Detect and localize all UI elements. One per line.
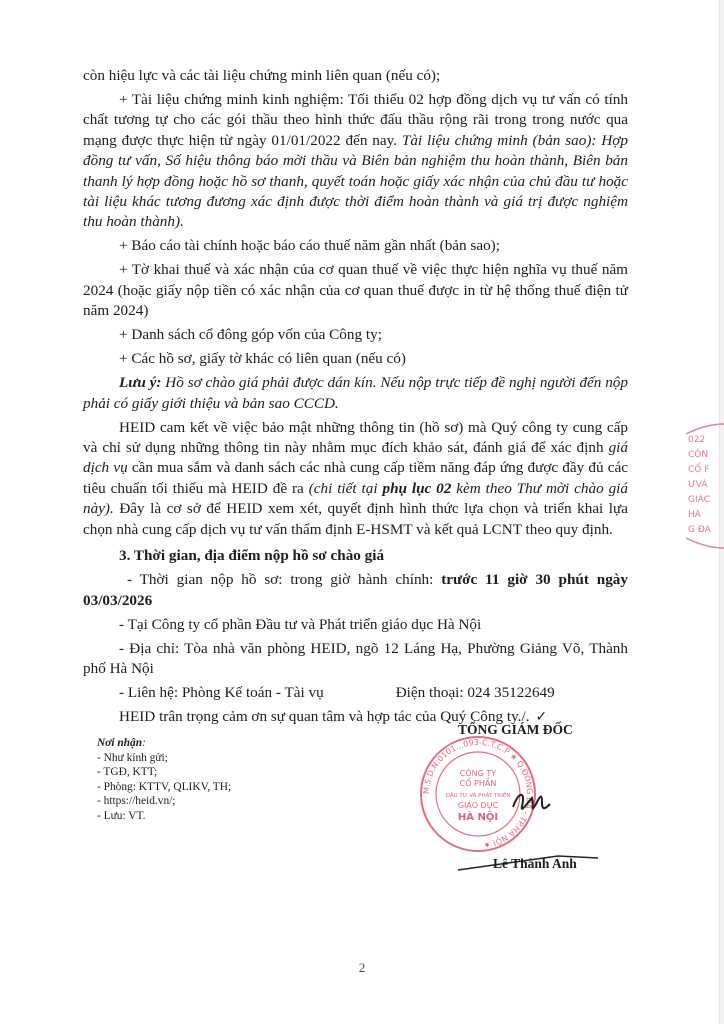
paragraph-experience: + Tài liệu chứng minh kinh nghiệm: Tối t… (83, 90, 628, 233)
paragraph-tax: + Tờ khai thuế và xác nhận của cơ quan t… (83, 260, 628, 321)
recipients-title: Nơi nhận: (97, 736, 231, 751)
document-body: còn hiệu lực và các tài liệu chứng minh … (83, 66, 628, 731)
paragraph-commitment: HEID cam kết về việc bảo mật những thông… (83, 418, 628, 540)
svg-text:HÀ: HÀ (688, 508, 702, 520)
paragraph-shareholders: + Danh sách cổ đông góp vốn của Công ty; (83, 325, 628, 345)
paragraph-other-docs: + Các hồ sơ, giấy tờ khác có liên quan (… (83, 349, 628, 369)
submission-time: - Thời gian nộp hồ sơ: trong giờ hành ch… (83, 570, 628, 611)
recipient-item: - Phòng: KTTV, QLIKV, TH; (97, 780, 231, 795)
recipient-item: - Như kính gửi; (97, 751, 231, 766)
svg-text:CỔ F: CỔ F (688, 462, 709, 475)
svg-text:G ĐA: G ĐA (688, 525, 712, 535)
recipient-item: - TGĐ, KTT; (97, 765, 231, 780)
svg-text:GIÁC: GIÁC (688, 493, 710, 505)
contact-line: - Liên hệ: Phòng Kế toán - Tài vụĐiện th… (83, 683, 628, 703)
commit-text-a: HEID cam kết về việc bảo mật những thông… (83, 419, 628, 456)
signature-block: M.S.D.N:0101...093-C.T.C.P ★ Q.ĐỐNG ĐA -… (418, 722, 618, 882)
submission-place: - Tại Công ty cổ phần Đầu tư và Phát tri… (83, 615, 628, 635)
submission-address: - Địa chỉ: Tòa nhà văn phòng HEID, ngõ 1… (83, 639, 628, 680)
document-page: còn hiệu lực và các tài liệu chứng minh … (0, 0, 724, 1024)
recipient-item: - Lưu: VT. (97, 809, 231, 824)
recipients-title-text: Nơi nhận (97, 737, 142, 749)
svg-text:CÔN: CÔN (688, 448, 708, 460)
contact-department: - Liên hệ: Phòng Kế toán - Tài vụ (119, 684, 324, 701)
recipient-item: - https://heid.vn/; (97, 794, 231, 809)
paragraph-note: Lưu ý: Hồ sơ chào giá phải được dán kín.… (83, 373, 628, 414)
signer-name: Lê Thành Anh (493, 856, 577, 872)
appendix-ref: phụ lục 02 (382, 480, 451, 497)
recipients-block: Nơi nhận: - Như kính gửi; - TGĐ, KTT; - … (97, 736, 231, 824)
commit-text-g: Đây là cơ sở để HEID xem xét, quyết định… (83, 500, 628, 537)
svg-text:022: 022 (688, 435, 705, 445)
edge-stamp-icon: 022CÔNCỔ FƯVÀGIÁCHÀG ĐA (676, 420, 724, 550)
page-number: 2 (0, 960, 724, 976)
paragraph-financial: + Báo cáo tài chính hoặc báo cáo thuế nă… (83, 236, 628, 256)
svg-text:ƯVÀ: ƯVÀ (688, 478, 708, 490)
submission-time-label: - Thời gian nộp hồ sơ: trong giờ hành ch… (127, 571, 441, 588)
signer-role: TỔNG GIÁM ĐỐC (458, 722, 573, 738)
section-3-heading: 3. Thời gian, địa điểm nộp hồ sơ chào gi… (83, 546, 628, 566)
paragraph-validity: còn hiệu lực và các tài liệu chứng minh … (83, 66, 628, 86)
note-text: Hồ sơ chào giá phải được dán kín. Nếu nộ… (83, 374, 628, 411)
note-label: Lưu ý: (119, 374, 161, 391)
contact-phone: Điện thoại: 024 35122649 (396, 684, 555, 701)
commit-text-d: (chi tiết tại (309, 480, 383, 497)
